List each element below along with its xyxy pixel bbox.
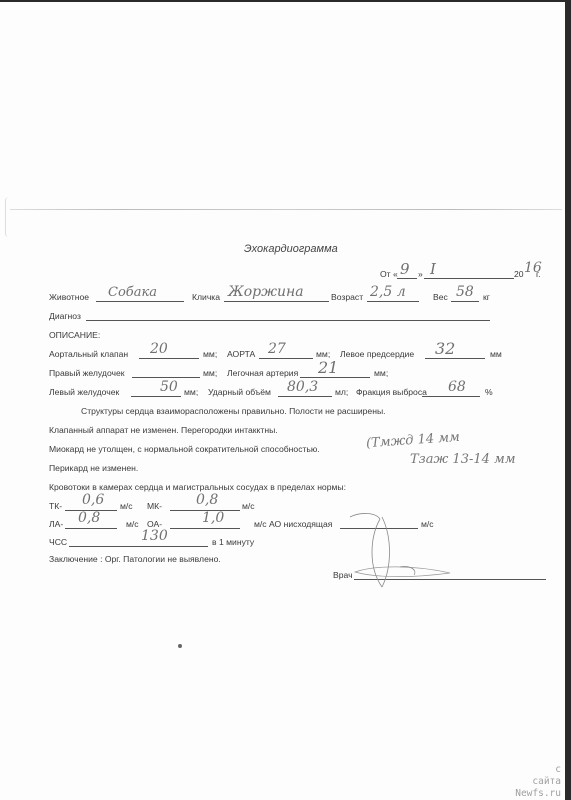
date-suffix: г. (536, 269, 540, 280)
left-ventricle-value: 50 (160, 379, 178, 395)
left-ventricle-unit: мм; (184, 387, 198, 398)
stroke-volume-line (278, 396, 332, 397)
aorta-value: 27 (268, 341, 286, 357)
ejection-fraction-unit: % (485, 387, 493, 398)
right-ventricle-unit: мм; (203, 368, 217, 379)
left-ventricle-label: Левый желудочек (49, 387, 119, 398)
scanned-echocardiogram-page: Эхокардиограмма От « 9 » I 20 16 г. Живо… (0, 2, 565, 800)
la-value: 0,8 (78, 510, 100, 526)
date-day-line (397, 278, 417, 279)
pulmonary-artery-label: Легочная артерия (227, 368, 298, 379)
aorta-label: АОРТА (227, 349, 255, 360)
mk-label: МК- (147, 501, 162, 512)
hr-line (69, 546, 208, 547)
document-title: Эхокардиограмма (244, 243, 338, 255)
statement-pericardium: Перикард не изменен. (49, 463, 138, 474)
left-ventricle-line (131, 396, 181, 397)
left-atrium-unit: мм (490, 349, 502, 360)
fold-line (10, 209, 562, 210)
description-heading: ОПИСАНИЕ: (49, 330, 100, 341)
right-ventricle-label: Правый желудочек (49, 368, 125, 379)
left-atrium-line (425, 358, 485, 359)
scan-speck (178, 644, 182, 648)
statement-myocardium: Миокард не утолщен, с нормальной сократи… (49, 444, 320, 455)
doctor-signature (330, 507, 470, 592)
aortic-valve-value: 20 (150, 341, 168, 357)
name-value: Жоржина (228, 284, 304, 300)
oa-value: 1,0 (202, 510, 224, 526)
date-day: 9 (400, 260, 410, 278)
hr-unit: в 1 минуту (212, 537, 254, 548)
aortic-valve-label: Аортальный клапан (49, 349, 128, 360)
handwritten-note-line2: Тзаж 13-14 мм (410, 452, 516, 467)
oa-unit: м/с (254, 519, 267, 530)
ao-desc-label: АО нисходящая (269, 519, 332, 530)
weight-value: 58 (456, 284, 474, 300)
tk-label: ТК- (49, 501, 62, 512)
age-value: 2,5 л (370, 284, 406, 300)
aortic-valve-unit: мм; (203, 349, 217, 360)
aortic-valve-line (139, 358, 199, 359)
mk-value: 0,8 (196, 492, 218, 508)
weight-label: Вес (433, 292, 448, 303)
pulmonary-artery-value: 21 (318, 358, 338, 377)
oa-line (170, 528, 240, 529)
right-ventricle-line (132, 377, 200, 378)
age-line (367, 301, 419, 302)
la-unit: м/с (126, 519, 139, 530)
animal-value: Собака (108, 285, 157, 300)
watermark-line1: с (555, 764, 561, 775)
animal-label: Животное (49, 292, 89, 303)
watermark-line3: Newfs.ru (515, 788, 561, 799)
left-atrium-label: Левое предсердие (340, 349, 414, 360)
statement-structures: Структуры сердца взаиморасположены прави… (81, 406, 386, 417)
ejection-fraction-label: Фракция выброса (356, 387, 427, 398)
age-label: Возраст (331, 292, 363, 303)
date-month-line (424, 278, 514, 279)
weight-line (451, 301, 479, 302)
la-line (65, 528, 117, 529)
conclusion: Заключение : Орг. Патологии не выявлено. (49, 554, 221, 565)
fold-mark (5, 197, 12, 237)
hr-value: 130 (141, 528, 168, 544)
hr-label: ЧСС (49, 537, 67, 548)
aorta-line (259, 358, 313, 359)
pulmonary-artery-line (300, 377, 370, 378)
diagnosis-line (86, 320, 490, 321)
date-mid: » (418, 269, 423, 280)
tk-value: 0,6 (82, 492, 104, 508)
ejection-fraction-value: 68 (448, 379, 466, 395)
mk-unit: м/с (242, 501, 255, 512)
tk-unit: м/с (120, 501, 133, 512)
animal-line (96, 301, 184, 302)
stroke-volume-value: 80,3 (287, 379, 318, 395)
left-atrium-value: 32 (435, 339, 455, 358)
date-prefix: От « (380, 269, 398, 280)
date-year-prefix: 20 (514, 269, 524, 280)
stroke-volume-unit: мл; (335, 387, 348, 398)
weight-unit: кг (483, 292, 490, 303)
diagnosis-label: Диагноз (49, 311, 81, 322)
la-label: ЛА- (49, 519, 63, 530)
pulmonary-artery-unit: мм; (374, 368, 388, 379)
watermark-line2: сайта (532, 776, 561, 787)
statement-valves: Клапанный аппарат не изменен. Перегородк… (49, 425, 278, 436)
stroke-volume-label: Ударный объём (208, 387, 271, 398)
date-month: I (430, 260, 436, 278)
ejection-fraction-line (422, 396, 480, 397)
handwritten-note-line1: (Тмжд 14 мм (366, 430, 461, 452)
name-label: Кличка (192, 292, 220, 303)
name-line (224, 301, 329, 302)
